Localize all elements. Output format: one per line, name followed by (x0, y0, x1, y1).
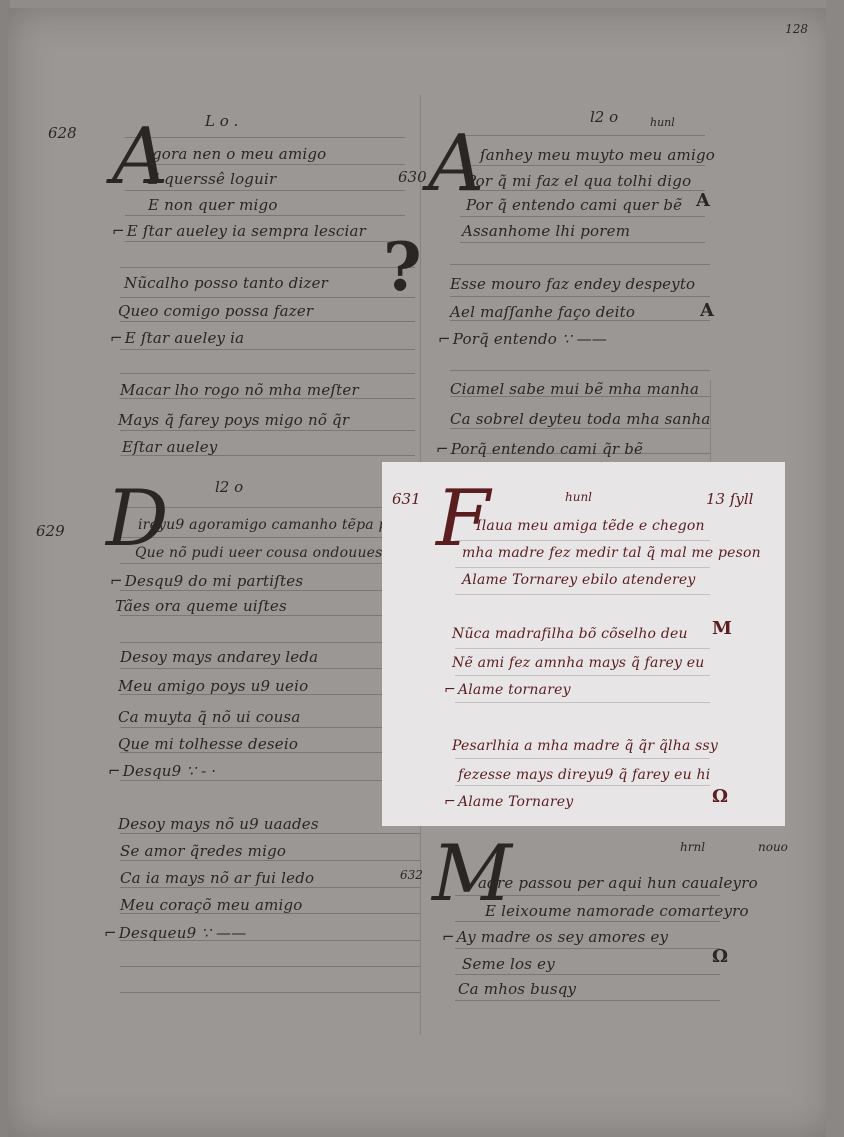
ruled-line (460, 242, 705, 243)
verse-line: Alame Tornarey ebilo atenderey (462, 572, 696, 588)
verse-line: E querssê loguir (148, 170, 276, 188)
refrain-line: Desqu9 do mi partiſtes (110, 572, 303, 590)
poem-number-631: 631 (392, 490, 421, 508)
verse-line: Ca muyta q̃ nõ ui cousa (118, 708, 300, 726)
ruled-line (450, 296, 710, 297)
refrain-line: Porq̃ entendo cami q̃r bẽ (436, 440, 643, 458)
verse-line: Meu amigo poys u9 ueio (118, 677, 308, 695)
verse-line: Ilaua meu amiga tẽde e chegon (476, 518, 705, 534)
refrain-line: Alame Tornarey (444, 794, 573, 810)
verse-line: Tães ora queme uiſtes (115, 597, 287, 615)
refrain-line: Porq̃ entendo ∵ —— (438, 330, 607, 348)
refrain-line: Ay madre os sey amores ey (442, 928, 668, 946)
poem-note: nouo (758, 840, 788, 854)
verse-line: Que mi tolhesse deseio (118, 735, 298, 753)
verse-line: Ca mhos busqy (458, 980, 576, 998)
ruled-line (120, 860, 420, 861)
verse-line: Por q̃ mi faz el qua tolhi digo (466, 172, 691, 190)
verse-line: Por q̃ entendo cami quer bẽ (466, 196, 682, 214)
verse-line: Se amor q̃redes migo (120, 842, 286, 860)
margin-mark: Ω (712, 786, 728, 807)
poem-number-628: 628 (48, 124, 77, 142)
verse-line: Eſtar aueley (122, 438, 217, 456)
ruled-line (455, 702, 710, 703)
ruled-line (125, 241, 405, 242)
verse-line: E non quer migo (148, 196, 278, 214)
ruled-line (455, 974, 720, 975)
ruled-line (455, 758, 710, 759)
poem-note: hunl (650, 116, 675, 129)
ruled-line (460, 216, 705, 217)
ruled-line (455, 567, 710, 568)
ruled-line (460, 190, 705, 191)
ruled-line (120, 349, 415, 350)
ruled-line (120, 780, 420, 781)
verse-line: Nũcalho posso tanto dizer (124, 274, 328, 292)
ruled-line (455, 785, 710, 786)
verse-line: Ca ia mays nõ ar fui ledo (120, 869, 314, 887)
ruled-line (120, 887, 420, 888)
page-right-edge (826, 0, 844, 1137)
ruled-line (455, 540, 710, 541)
side-note: 13 ſyll (706, 490, 753, 508)
verse-line: Macar lho rogo nõ mha meſter (120, 381, 359, 399)
ruled-line (450, 428, 710, 429)
refrain-line: E ſtar aueley ia (110, 329, 244, 347)
ruled-line (460, 165, 705, 166)
verse-line: Mays q̃ farey poys migo nõ q̃r (118, 411, 349, 429)
verse-line: E leixoume namorade comarteyro (485, 902, 749, 920)
ruled-line (120, 267, 415, 268)
ruled-line (455, 921, 720, 922)
ruled-line (120, 727, 420, 728)
refrain-line: Alame tornarey (444, 682, 571, 698)
margin-mark: Ω (712, 946, 728, 967)
poem-note: hunl (565, 490, 592, 504)
refrain-line: Desqu9 ∵ - · (108, 762, 216, 780)
poem-note: L o . (205, 112, 238, 130)
verse-line: ſanhey meu muyto meu amigo (480, 146, 715, 164)
margin-mark: M (712, 618, 732, 639)
poem-number-632: 632 (400, 868, 423, 882)
verse-line: Seme los ey (462, 955, 555, 973)
ruled-line (455, 675, 710, 676)
decorated-initial: A (428, 125, 484, 203)
verse-line: Nũca madrafilha bõ cõselho deu (452, 626, 688, 642)
ruled-line (120, 430, 415, 431)
ruled-line (460, 135, 705, 136)
ruled-line (455, 648, 710, 649)
poem-note: hrnl (680, 840, 705, 854)
verse-line: fezesse mays direyu9 q̃ farey eu hi (458, 767, 710, 783)
verse-line: Nẽ ami fez amnha mays q̃ farey eu (452, 655, 704, 671)
folio-number: 128 (785, 22, 808, 36)
ruled-line (120, 833, 420, 834)
ruled-line (120, 615, 420, 616)
ruled-line (125, 215, 405, 216)
verse-line: gora nen o meu amigo (152, 145, 326, 163)
ruled-line (450, 370, 710, 371)
ruled-line (120, 992, 420, 993)
poem-number-629: 629 (36, 522, 65, 540)
question-mark-glyph: ? (383, 228, 422, 306)
poem-number-630: 630 (398, 168, 427, 186)
ruled-line (120, 966, 420, 967)
verse-line: adre passou per aqui hun caualeyro (478, 874, 758, 892)
verse-line: Desoy mays nõ u9 uaades (118, 815, 319, 833)
ruled-line (450, 264, 710, 265)
ruled-line (120, 373, 415, 374)
poem-note: l2 o (590, 108, 618, 126)
ruled-line (455, 948, 720, 949)
margin-mark: A (696, 190, 710, 211)
verse-line: Ca sobrel deyteu toda mha sanha (450, 410, 711, 428)
margin-mark: A (700, 300, 714, 321)
ruled-line (120, 590, 420, 591)
poem-note: l2 o (215, 478, 243, 496)
verse-line: mha madre fez medir tal q̃ mal me peson (462, 545, 761, 561)
ruled-line (120, 642, 420, 643)
ruled-line (120, 321, 415, 322)
ruled-line (455, 1000, 720, 1001)
verse-line: Ciamel sabe mui bẽ mha manha (450, 380, 699, 398)
refrain-line: Desqueu9 ∵ —— (104, 924, 246, 942)
verse-line: Queo comigo possa fazer (118, 302, 313, 320)
verse-line: Meu coraçõ meu amigo (120, 896, 303, 914)
ruled-line (120, 297, 415, 298)
ruled-line (455, 594, 710, 595)
verse-line: Pesarlhia a mha madre q̃ q̃r q̃lha ssy (452, 738, 718, 754)
verse-line: Assanhome lhi porem (462, 222, 630, 240)
verse-line: Ael maſſanhe faço deito (450, 303, 635, 321)
refrain-line: E ſtar aueley ia sempra lesciar (112, 222, 366, 240)
ruled-line (120, 668, 420, 669)
verse-line: Desoy mays andarey leda (120, 648, 318, 666)
verse-line: Esse mouro faz endey despeyto (450, 275, 695, 293)
